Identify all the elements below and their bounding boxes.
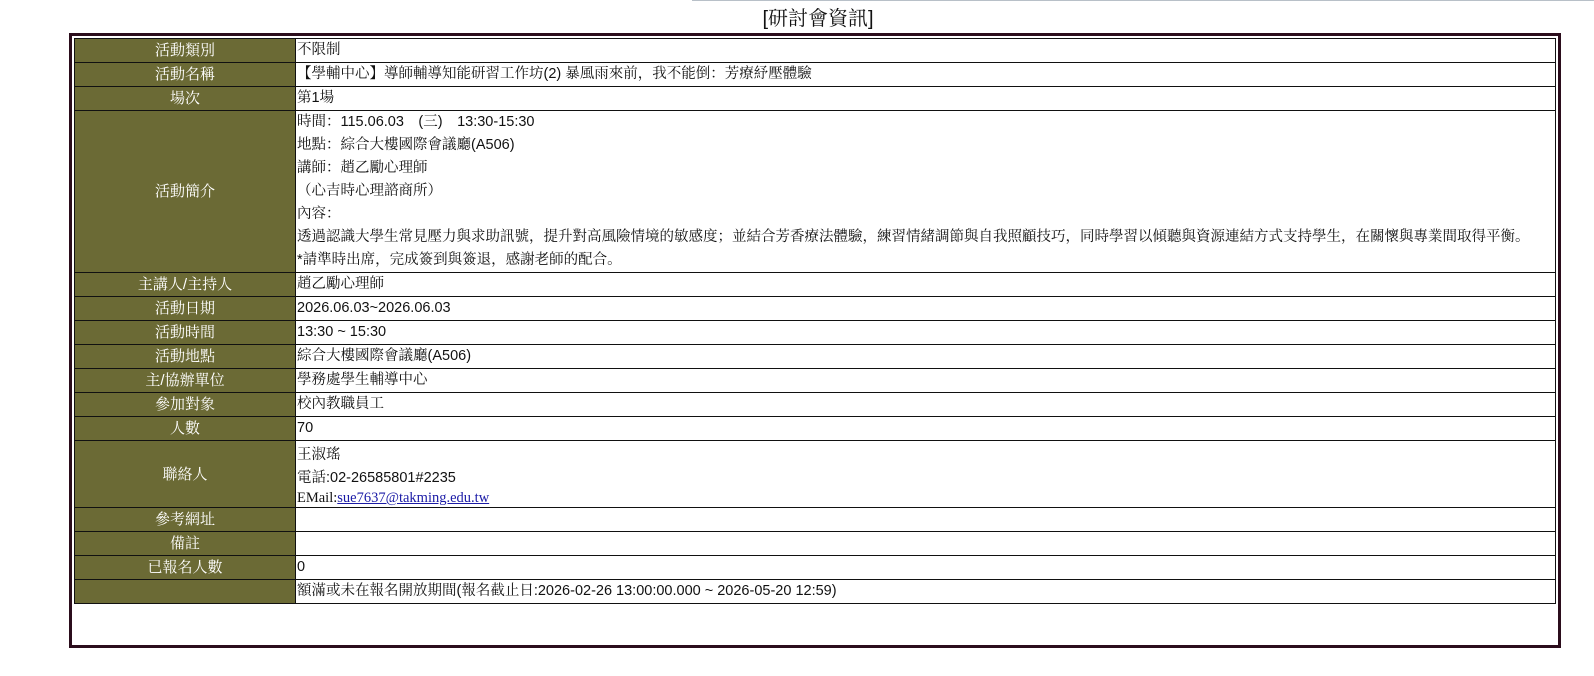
value-organizer: 學務處學生輔導中心 (296, 369, 1556, 393)
row-session: 場次 第1場 (75, 87, 1556, 111)
value-capacity: 70 (296, 417, 1556, 441)
top-divider (692, 0, 1594, 1)
value-reference-url (296, 508, 1556, 532)
contact-email-line: EMail:sue7637@takming.edu.tw (297, 490, 1554, 507)
description-content: 透過認識大學生常見壓力與求助訊號，提升對高風險情境的敏感度；並結合芳香療法體驗，… (297, 226, 1554, 249)
label-reference-url: 參考網址 (75, 508, 296, 532)
value-category: 不限制 (296, 39, 1556, 63)
label-name: 活動名稱 (75, 63, 296, 87)
description-speaker: 講師：趙乙勵心理師 (297, 157, 1554, 180)
page-title: [研討會資訊] (0, 6, 1594, 32)
contact-email-prefix: EMail: (297, 490, 337, 506)
label-time: 活動時間 (75, 321, 296, 345)
value-registration-status: 額滿或未在報名開放期間(報名截止日:2026-02-26 13:00:00.00… (296, 580, 1556, 604)
value-audience: 校內教職員工 (296, 393, 1556, 417)
row-description: 活動簡介 時間：115.06.03 (三) 13:30-15:30 地點：綜合大… (75, 111, 1556, 273)
value-time: 13:30 ~ 15:30 (296, 321, 1556, 345)
label-category: 活動類別 (75, 39, 296, 63)
value-contact: 王淑瑤 電話:02-26585801#2235 EMail:sue7637@ta… (296, 441, 1556, 508)
value-date: 2026.06.03~2026.06.03 (296, 297, 1556, 321)
row-reference-url: 參考網址 (75, 508, 1556, 532)
description-location: 地點：綜合大樓國際會議廳(A506) (297, 134, 1554, 157)
label-contact: 聯絡人 (75, 441, 296, 508)
value-session: 第1場 (296, 87, 1556, 111)
row-organizer: 主/協辦單位 學務處學生輔導中心 (75, 369, 1556, 393)
description-affiliation: （心吉時心理諮商所） (297, 180, 1554, 203)
row-contact: 聯絡人 王淑瑤 電話:02-26585801#2235 EMail:sue763… (75, 441, 1556, 508)
label-speaker: 主講人/主持人 (75, 273, 296, 297)
description-time: 時間：115.06.03 (三) 13:30-15:30 (297, 111, 1554, 134)
row-category: 活動類別 不限制 (75, 39, 1556, 63)
label-description: 活動簡介 (75, 111, 296, 273)
seminar-info-panel: 活動類別 不限制 活動名稱 【學輔中心】導師輔導知能研習工作坊(2) 暴風雨來前… (69, 33, 1561, 648)
row-time: 活動時間 13:30 ~ 15:30 (75, 321, 1556, 345)
label-audience: 參加對象 (75, 393, 296, 417)
row-name: 活動名稱 【學輔中心】導師輔導知能研習工作坊(2) 暴風雨來前，我不能倒：芳療紓… (75, 63, 1556, 87)
row-location: 活動地點 綜合大樓國際會議廳(A506) (75, 345, 1556, 369)
row-registration-status: 額滿或未在報名開放期間(報名截止日:2026-02-26 13:00:00.00… (75, 580, 1556, 604)
value-name: 【學輔中心】導師輔導知能研習工作坊(2) 暴風雨來前，我不能倒：芳療紓壓體驗 (296, 63, 1556, 87)
label-notes: 備註 (75, 532, 296, 556)
label-organizer: 主/協辦單位 (75, 369, 296, 393)
label-registration-status (75, 580, 296, 604)
label-date: 活動日期 (75, 297, 296, 321)
row-notes: 備註 (75, 532, 1556, 556)
row-audience: 參加對象 校內教職員工 (75, 393, 1556, 417)
label-capacity: 人數 (75, 417, 296, 441)
label-registered: 已報名人數 (75, 556, 296, 580)
value-notes (296, 532, 1556, 556)
row-capacity: 人數 70 (75, 417, 1556, 441)
value-speaker: 趙乙勵心理師 (296, 273, 1556, 297)
label-session: 場次 (75, 87, 296, 111)
description-notice: *請準時出席，完成簽到與簽退，感謝老師的配合。 (297, 249, 1554, 272)
row-registered: 已報名人數 0 (75, 556, 1556, 580)
row-speaker: 主講人/主持人 趙乙勵心理師 (75, 273, 1556, 297)
value-registered: 0 (296, 556, 1556, 580)
label-location: 活動地點 (75, 345, 296, 369)
value-location: 綜合大樓國際會議廳(A506) (296, 345, 1556, 369)
value-description: 時間：115.06.03 (三) 13:30-15:30 地點：綜合大樓國際會議… (296, 111, 1556, 273)
description-content-heading: 內容： (297, 203, 1554, 226)
row-date: 活動日期 2026.06.03~2026.06.03 (75, 297, 1556, 321)
contact-phone: 電話:02-26585801#2235 (297, 467, 1554, 490)
seminar-info-table: 活動類別 不限制 活動名稱 【學輔中心】導師輔導知能研習工作坊(2) 暴風雨來前… (74, 38, 1556, 604)
contact-name: 王淑瑤 (297, 441, 1554, 467)
contact-email-link[interactable]: sue7637@takming.edu.tw (337, 490, 489, 506)
